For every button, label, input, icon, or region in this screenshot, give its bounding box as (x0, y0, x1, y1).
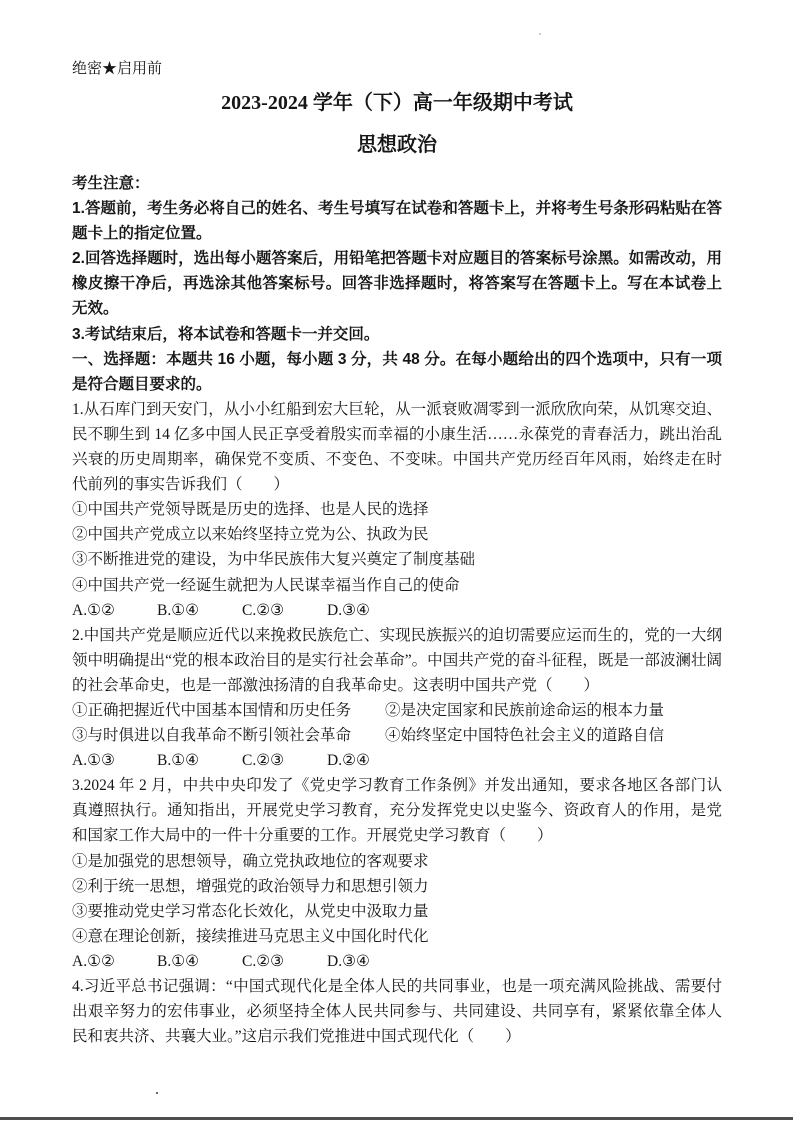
section-heading: 一、选择题：本题共 16 小题，每小题 3 分，共 48 分。在每小题给出的四个… (72, 347, 722, 397)
question-2-option-2: ②是决定国家和民族前途命运的根本力量 (385, 698, 664, 723)
exam-title: 2023-2024 学年（下）高一年级期中考试 (72, 90, 722, 116)
question-2-choice-b: B.①④ (157, 748, 242, 773)
exam-page: 绝密★启用前 2023-2024 学年（下）高一年级期中考试 思想政治 考生注意… (0, 0, 793, 1049)
question-1-choice-a: A.①② (72, 598, 157, 623)
question-1-choice-d: D.③④ (327, 598, 370, 623)
classification-label: 绝密★启用前 (72, 58, 722, 80)
notice-block: 考生注意： 1.答题前，考生务必将自己的姓名、考生号填写在试卷和答题卡上，并将考… (72, 171, 722, 347)
question-2-stem: 2.中国共产党是顺应近代以来挽救民族危亡、实现民族振兴的迫切需要应运而生的，党的… (72, 623, 722, 698)
question-1-stem: 1.从石库门到天安门，从小小红船到宏大巨轮，从一派衰败凋零到一派欣欣向荣，从饥寒… (72, 397, 722, 497)
question-4-stem: 4.习近平总书记强调：“中国式现代化是全体人民的共同事业，也是一项充满风险挑战、… (72, 974, 722, 1049)
question-1: 1.从石库门到天安门，从小小红船到宏大巨轮，从一派衰败凋零到一派欣欣向荣，从饥寒… (72, 397, 722, 623)
question-3-option-3: ③要推动党史学习常态化长效化，从党史中汲取力量 (72, 899, 722, 924)
question-2: 2.中国共产党是顺应近代以来挽救民族危亡、实现民族振兴的迫切需要应运而生的，党的… (72, 623, 722, 774)
question-2-choice-d: D.②④ (327, 748, 370, 773)
notice-item-3: 3.考试结束后，将本试卷和答题卡一并交回。 (72, 322, 722, 347)
question-2-choices: A.①③B.①④C.②③D.②④ (72, 748, 722, 773)
question-3-choice-d: D.③④ (327, 949, 370, 974)
question-2-option-row-2: ③与时俱进以自我革命不断引领社会革命 ④始终坚定中国特色社会主义的道路自信 (72, 723, 722, 748)
question-2-option-1: ①正确把握近代中国基本国情和历史任务 (72, 698, 385, 723)
question-1-option-1: ①中国共产党领导既是历史的选择、也是人民的选择 (72, 497, 722, 522)
question-3-option-2: ②利于统一思想，增强党的政治领导力和思想引领力 (72, 874, 722, 899)
question-1-option-3: ③不断推进党的建设，为中华民族伟大复兴奠定了制度基础 (72, 547, 722, 572)
notice-item-2: 2.回答选择题时，选出每小题答案后，用铅笔把答题卡对应题目的答案标号涂黑。如需改… (72, 246, 722, 321)
question-3-choices: A.①②B.①④C.②③D.③④ (72, 949, 722, 974)
scan-artifact-dot (539, 33, 541, 35)
question-1-option-4: ④中国共产党一经诞生就把为人民谋幸福当作自己的使命 (72, 573, 722, 598)
question-2-choice-c: C.②③ (242, 748, 327, 773)
question-3-choice-c: C.②③ (242, 949, 327, 974)
question-2-option-row-1: ①正确把握近代中国基本国情和历史任务 ②是决定国家和民族前途命运的根本力量 (72, 698, 722, 723)
question-3-stem: 3.2024 年 2 月，中共中央印发了《党史学习教育工作条例》并发出通知，要求… (72, 773, 722, 848)
scan-artifact-dot (156, 1092, 158, 1094)
question-1-option-2: ②中国共产党成立以来始终坚持立党为公、执政为民 (72, 522, 722, 547)
question-3-option-1: ①是加强党的思想领导，确立党执政地位的客观要求 (72, 849, 722, 874)
question-1-choice-c: C.②③ (242, 598, 327, 623)
question-3-choice-b: B.①④ (157, 949, 242, 974)
question-1-choices: A.①②B.①④C.②③D.③④ (72, 598, 722, 623)
notice-item-1: 1.答题前，考生务必将自己的姓名、考生号填写在试卷和答题卡上，并将考生号条形码粘… (72, 196, 722, 246)
question-1-choice-b: B.①④ (157, 598, 242, 623)
question-2-choice-a: A.①③ (72, 748, 157, 773)
notice-heading: 考生注意： (72, 171, 722, 196)
question-2-option-4: ④始终坚定中国特色社会主义的道路自信 (385, 723, 664, 748)
question-2-option-3: ③与时俱进以自我革命不断引领社会革命 (72, 723, 385, 748)
question-3-option-4: ④意在理论创新，接续推进马克思主义中国化时代化 (72, 924, 722, 949)
question-3-choice-a: A.①② (72, 949, 157, 974)
exam-subject: 思想政治 (72, 132, 722, 158)
page-bottom-scan-bar (0, 1117, 793, 1120)
question-4: 4.习近平总书记强调：“中国式现代化是全体人民的共同事业，也是一项充满风险挑战、… (72, 974, 722, 1049)
question-3: 3.2024 年 2 月，中共中央印发了《党史学习教育工作条例》并发出通知，要求… (72, 773, 722, 974)
